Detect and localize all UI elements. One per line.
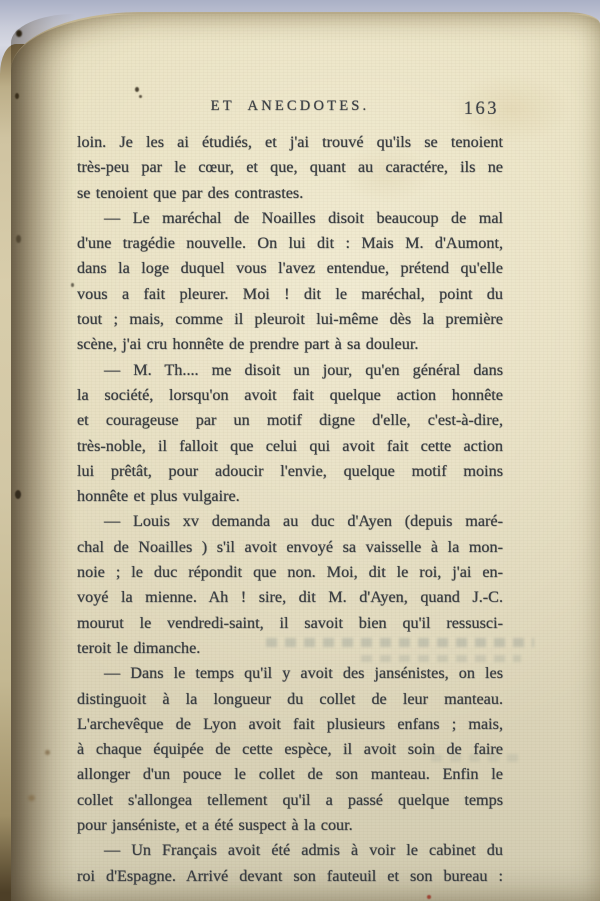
text-line: collet s'allongea tellement qu'il a pass… bbox=[77, 788, 503, 813]
text-line: très-peu par le cœur, et que, quant au c… bbox=[77, 155, 503, 180]
text-line: d'une tragédie nouvelle. On lui dit : Ma… bbox=[77, 231, 503, 256]
text-line: tout ; mais, comme il pleuroit lui-même … bbox=[77, 307, 503, 332]
text-line: la société, lorsqu'on avoit fait quelque… bbox=[77, 383, 503, 408]
text-line: lui prêtât, pour adoucir l'envie, quelqu… bbox=[77, 459, 503, 484]
text-line: voyé la mienne. Ah ! sire, dit M. d'Ayen… bbox=[77, 585, 503, 610]
text-line: très-noble, il falloit que celui qui avo… bbox=[77, 434, 503, 459]
text-line: loin. Je les ai étudiés, et j'ai trouvé … bbox=[77, 130, 503, 155]
gutter-shadow bbox=[11, 14, 75, 901]
running-title: ET ANECDOTES. bbox=[77, 98, 503, 115]
text-line: — Dans le temps qu'il y avoit des jansén… bbox=[77, 661, 503, 686]
text-line: honnête et plus vulgaire. bbox=[77, 484, 503, 509]
text-line: — Louis xv demanda au duc d'Ayen (depuis… bbox=[77, 509, 503, 534]
text-line: allonger d'un pouce le collet de son man… bbox=[77, 762, 503, 787]
text-line: — Le maréchal de Noailles disoit beaucou… bbox=[77, 206, 503, 231]
text-line: à chaque équipée de cette espèce, il avo… bbox=[77, 737, 503, 762]
text-line: noie ; le duc répondit que non. Moi, dit… bbox=[77, 560, 503, 585]
text-line: se tenoient que par des contrastes. bbox=[77, 181, 503, 206]
book-page: ET ANECDOTES. 163 loin. Je les ai étudié… bbox=[11, 12, 600, 901]
text-line: distinguoit à la longueur du collet de l… bbox=[77, 687, 503, 712]
text-line: teroit le dimanche. bbox=[77, 636, 503, 661]
text-line: — M. Th.... me disoit un jour, qu'en gén… bbox=[77, 358, 503, 383]
text-line: — Un Français avoit été admis à voir le … bbox=[77, 838, 503, 863]
text-line: et courageuse par un motif digne d'elle,… bbox=[77, 408, 503, 433]
page-number: 163 bbox=[464, 99, 499, 120]
text-line: roi d'Espagne. Arrivé devant son fauteui… bbox=[77, 864, 503, 889]
text-line: chal de Noailles ) s'il avoit envoyé sa … bbox=[77, 535, 503, 560]
text-line: mourut le vendredi-saint, il savoit bien… bbox=[77, 611, 503, 636]
text-body: loin. Je les ai étudiés, et j'ai trouvé … bbox=[77, 130, 503, 889]
page-header: ET ANECDOTES. 163 bbox=[77, 98, 503, 124]
text-line: scène, j'ai cru honnête de prendre part … bbox=[77, 332, 503, 357]
text-line: dans la loge duquel vous l'avez entendue… bbox=[77, 256, 503, 281]
text-line: vous a fait pleurer. Moi ! dit le maréch… bbox=[77, 282, 503, 307]
text-line: pour janséniste, et a été suspect à la c… bbox=[77, 813, 503, 838]
book-photo: ET ANECDOTES. 163 loin. Je les ai étudié… bbox=[0, 0, 600, 901]
text-line: L'archevêque de Lyon avoit fait plusieur… bbox=[77, 712, 503, 737]
